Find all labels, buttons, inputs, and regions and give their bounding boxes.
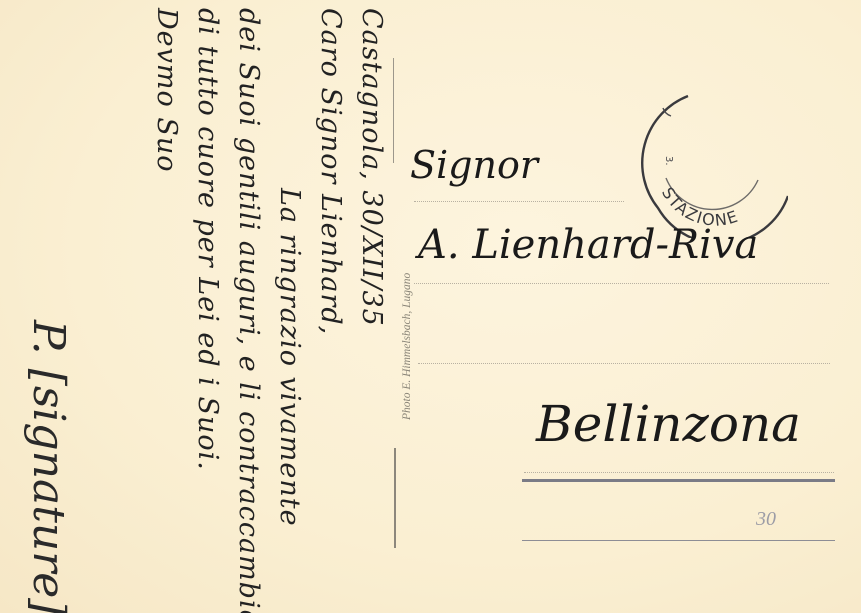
printer-credit: Photo E. Himmelsbach, Lugano	[401, 273, 413, 420]
address-dotted-line-3	[418, 363, 830, 364]
address-bottom-rule	[522, 540, 835, 541]
signature: P. [signature]	[23, 320, 74, 613]
pencil-note: 30	[756, 508, 776, 531]
address-name: A. Lienhard-Riva	[418, 222, 758, 268]
address-dotted-line-4	[524, 472, 834, 473]
center-divider-top	[393, 58, 394, 163]
city-underline	[522, 479, 835, 482]
center-divider-bottom	[394, 448, 396, 548]
message-line-salutation: Caro Signor Lienhard,	[310, 8, 351, 608]
svg-text:3.: 3.	[663, 156, 674, 166]
message-line-date: Castagnola, 30/XII/35	[351, 8, 392, 608]
message-line: dei Suoi gentili auguri, e li contraccam…	[228, 8, 269, 608]
address-dotted-line-2	[414, 283, 829, 284]
postmark-stamp-icon: STAZIONE 3.	[638, 88, 788, 238]
message-line-closing: Devmo Suo	[146, 8, 187, 608]
postcard-back: Castagnola, 30/XII/35 Caro Signor Lienha…	[0, 0, 861, 613]
address-salutation: Signor	[410, 143, 538, 187]
message-line: di tutto cuore per Lei ed i Suoi.	[187, 8, 228, 608]
address-city: Bellinzona	[536, 395, 801, 453]
message-line: La ringrazio vivamente	[269, 8, 310, 608]
address-dotted-line-1	[414, 201, 624, 202]
